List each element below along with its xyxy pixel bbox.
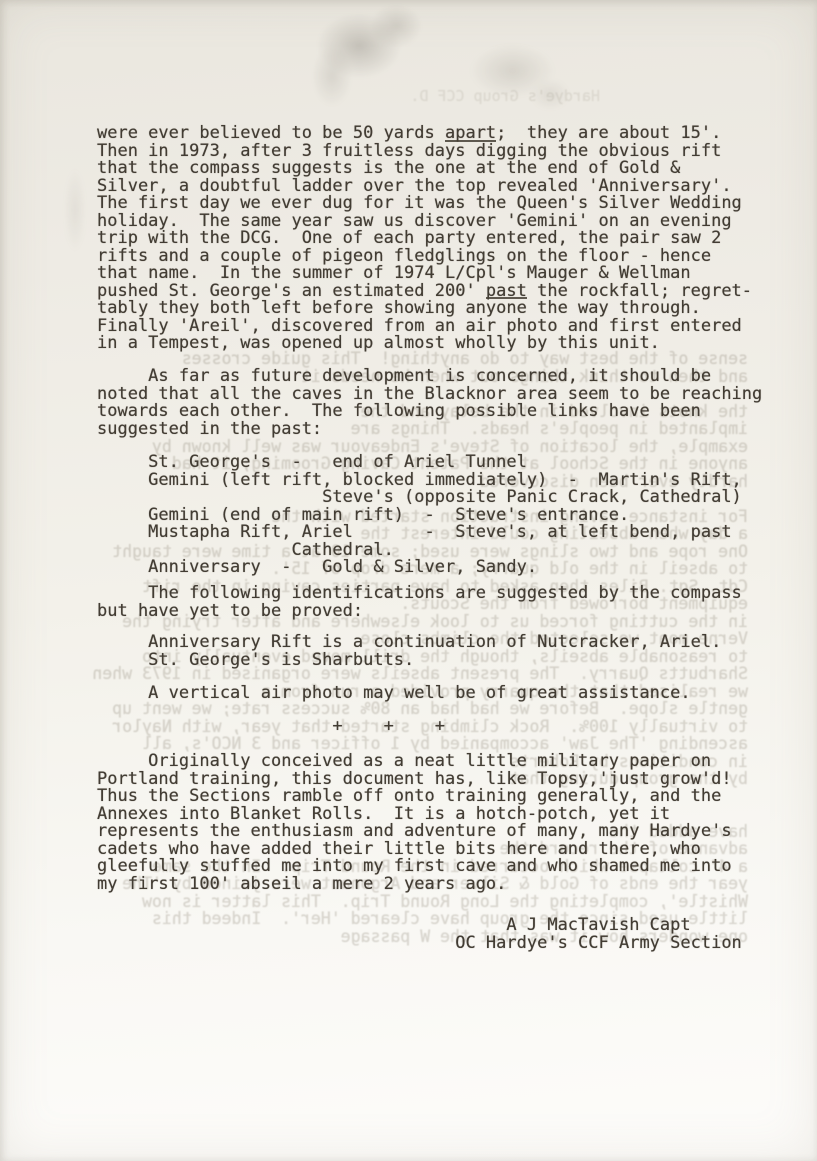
closing-paragraph: Originally conceived as a neat little mi… — [97, 753, 732, 893]
identifications-list: Anniversary Rift is a continuation of Nu… — [97, 634, 721, 669]
scanned-page: Hardye's Group CCF D. sense of the best … — [0, 0, 817, 1161]
plus-separator: + + + — [97, 718, 445, 736]
air-photo-note-text: A vertical air photo may well be of grea… — [97, 685, 691, 703]
paragraph-compass-identifications: The following identifications are sugges… — [97, 585, 742, 620]
possible-links-list: St. George's - end of Ariel Tunnel Gemin… — [97, 454, 742, 577]
paragraph-compass-identifications-text: The following identifications are sugges… — [97, 585, 742, 620]
ink-smudge — [445, 28, 595, 123]
possible-links-list-text: St. George's - end of Ariel Tunnel Gemin… — [97, 454, 742, 577]
underline-apart — [445, 140, 496, 142]
paragraph-cave-history: were ever believed to be 50 yards apart;… — [97, 125, 752, 353]
paragraph-future-development-text: As far as future development is concerne… — [97, 368, 762, 438]
paragraph-cave-history-text: were ever believed to be 50 yards apart;… — [97, 125, 752, 353]
paper-stain — [60, 150, 90, 270]
identifications-list-text: Anniversary Rift is a continuation of Nu… — [97, 634, 721, 669]
signature-block: A J MacTavish Capt OC Hardye's CCF Army … — [97, 916, 742, 952]
underline-past — [486, 297, 527, 299]
paragraph-future-development: As far as future development is concerne… — [97, 368, 762, 438]
air-photo-note: A vertical air photo may well be of grea… — [97, 685, 691, 703]
plus-separator-text: + + + — [97, 718, 445, 736]
closing-paragraph-text: Originally conceived as a neat little mi… — [97, 753, 732, 893]
signature-block-text: A J MacTavish Capt OC Hardye's CCF Army … — [97, 916, 742, 952]
bleedthrough-fragment: Hardye's Group CCF D. — [320, 88, 600, 106]
